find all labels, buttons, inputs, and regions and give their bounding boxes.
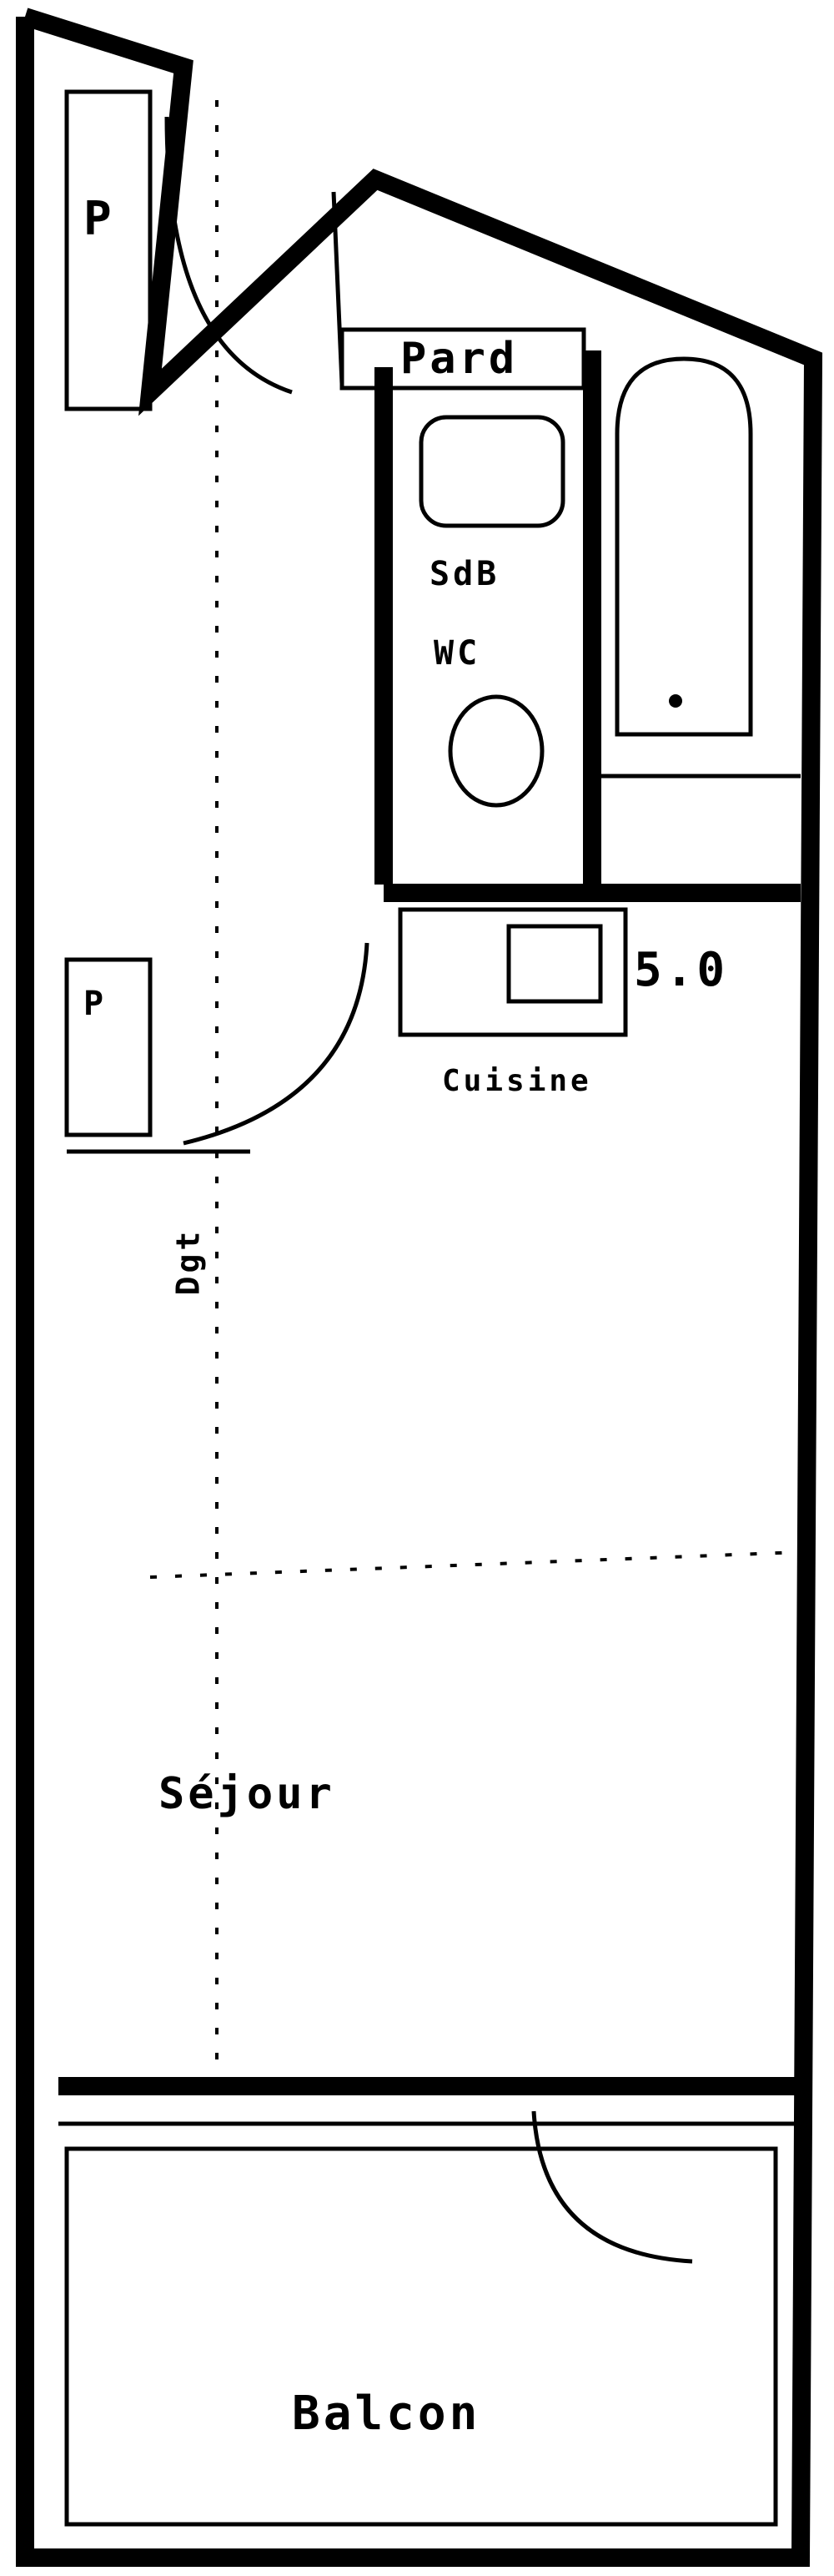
label-kitchen: Cuisine xyxy=(442,1064,592,1098)
sink-icon xyxy=(421,417,563,526)
balcony-area xyxy=(67,2149,776,2524)
label-living: Séjour xyxy=(158,1769,335,1819)
door-arc-kitchen xyxy=(183,943,367,1143)
label-appliance: 5.0 xyxy=(634,943,728,997)
label-corridor: Dgt xyxy=(169,1228,206,1296)
label-closet-mid: P xyxy=(83,985,107,1023)
toilet-icon xyxy=(450,697,542,805)
floor-plan-drawing xyxy=(0,0,834,2576)
tub-drain-icon xyxy=(669,694,682,708)
closet-top xyxy=(67,92,150,409)
label-wardrobe: Pard xyxy=(400,334,518,384)
label-wc: WC xyxy=(434,634,480,673)
outer-wall xyxy=(25,17,813,2558)
door-arc-balcony xyxy=(534,2111,692,2261)
closet-mid xyxy=(67,960,150,1135)
bathtub-icon xyxy=(617,359,751,734)
living-divider xyxy=(150,1552,801,1577)
label-closet-top: P xyxy=(83,192,115,246)
kitchen-sink-icon xyxy=(509,926,600,1001)
label-balcony: Balcon xyxy=(292,2387,480,2441)
label-bathroom: SdB xyxy=(430,555,500,593)
